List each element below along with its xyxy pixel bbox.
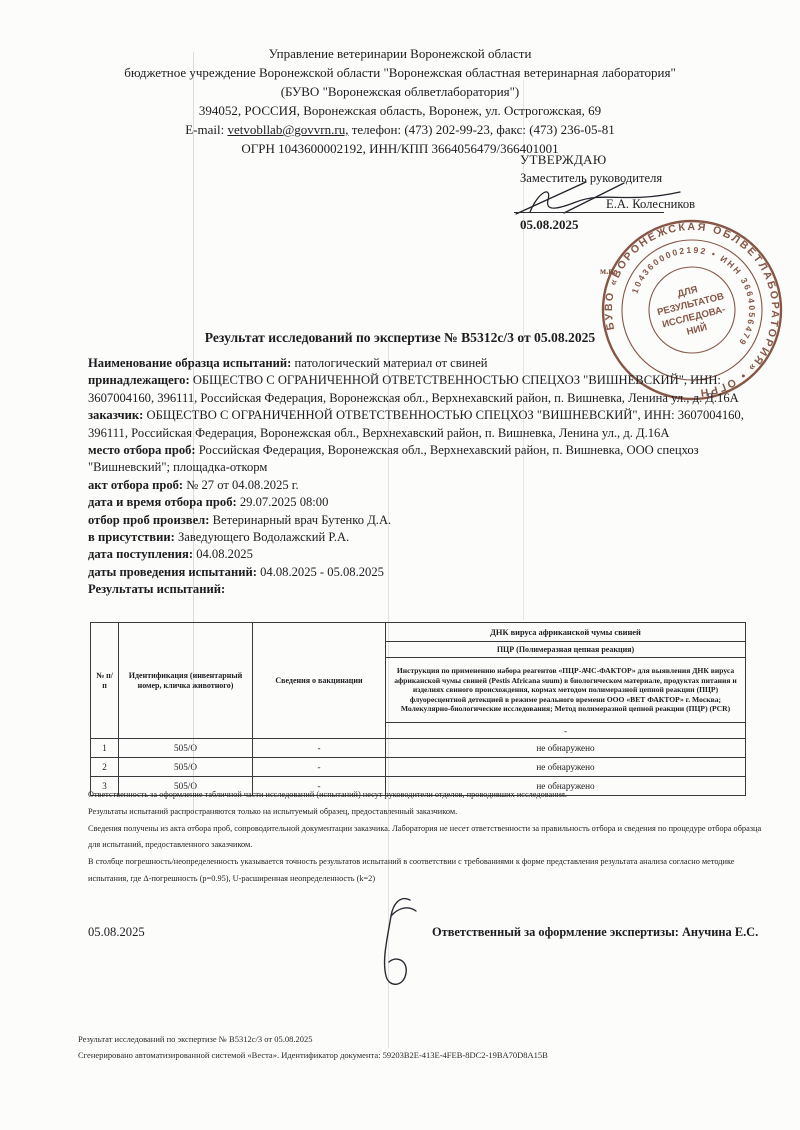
- table-header-num: № п/п: [91, 623, 119, 739]
- results-label: Результаты испытаний:: [88, 581, 766, 598]
- field-row: дата поступления: 04.08.2025: [88, 546, 766, 563]
- field-row: отбор проб произвел: Ветеринарный врач Б…: [88, 512, 766, 529]
- org-header-address: 394052, РОССИЯ, Воронежская область, Вор…: [38, 101, 762, 120]
- note-line: В столбце погрешность/неопределенность у…: [88, 854, 766, 888]
- field-row: Наименование образца испытаний: патологи…: [88, 355, 766, 372]
- field-row: даты проведения испытаний: 04.08.2025 - …: [88, 564, 766, 581]
- responsible-label: Ответственный за оформление экспертизы: …: [432, 925, 758, 940]
- approval-date: 05.08.2025: [520, 217, 579, 233]
- field-value: патологический материал от свиней: [294, 356, 487, 370]
- org-header-line-3: (БУВО "Воронежская облветлаборатория"): [38, 82, 762, 101]
- signature-line: [514, 212, 664, 213]
- signoff-date: 05.08.2025: [88, 925, 145, 940]
- field-value: Ветеринарный врач Бутенко Д.А.: [213, 513, 392, 527]
- field-value: № 27 от 04.08.2025 г.: [186, 478, 298, 492]
- approver-name: Е.А. Колесников: [606, 197, 695, 212]
- field-label: место отбора проб:: [88, 443, 196, 457]
- field-row: принадлежащего: ОБЩЕСТВО С ОГРАНИЧЕННОЙ …: [88, 372, 766, 407]
- field-label: дата и время отбора проб:: [88, 495, 237, 509]
- table-header-method: Инструкция по применению набора реагенто…: [386, 658, 746, 723]
- table-header-vaccination: Сведения о вакцинации: [253, 623, 386, 739]
- table-row: 2 505/О - не обнаружено: [91, 758, 746, 777]
- table-row: 1 505/О - не обнаружено: [91, 739, 746, 758]
- row-id: 505/О: [119, 739, 253, 758]
- field-label: заказчик:: [88, 408, 143, 422]
- field-label: принадлежащего:: [88, 373, 190, 387]
- row-vaccination: -: [253, 758, 386, 777]
- field-row: дата и время отбора проб: 29.07.2025 08:…: [88, 494, 766, 511]
- results-table: № п/п Идентификация (инвентарный номер, …: [90, 622, 746, 796]
- report-title: Результат исследований по экспертизе № В…: [50, 330, 750, 346]
- note-line: Ответственность за оформление табличной …: [88, 787, 766, 804]
- row-vaccination: -: [253, 739, 386, 758]
- field-value: Заведующего Водолажский Р.А.: [178, 530, 349, 544]
- org-header: Управление ветеринарии Воронежской облас…: [38, 44, 762, 158]
- footer-expertise-line: Результат исследований по экспертизе № В…: [78, 1031, 738, 1047]
- field-value: 29.07.2025 08:00: [240, 495, 329, 509]
- org-header-line-2: бюджетное учреждение Воронежской области…: [38, 63, 762, 82]
- field-label: акт отбора проб:: [88, 478, 183, 492]
- table-header-uncertainty: -: [386, 723, 746, 739]
- row-num: 2: [91, 758, 119, 777]
- field-row: место отбора проб: Российская Федерация,…: [88, 442, 766, 477]
- field-value: ОБЩЕСТВО С ОГРАНИЧЕННОЙ ОТВЕТСТВЕННОСТЬЮ…: [88, 408, 744, 439]
- table-header-id: Идентификация (инвентарный номер, кличка…: [119, 623, 253, 739]
- field-label: отбор проб произвел:: [88, 513, 209, 527]
- row-result: не обнаружено: [386, 739, 746, 758]
- email-link: vetvobllab@govvrn.ru,: [227, 122, 348, 137]
- phone-fax: телефон: (473) 202-99-23, факс: (473) 23…: [352, 122, 615, 137]
- row-id: 505/О: [119, 758, 253, 777]
- org-header-ogrn: ОГРН 1043600002192, ИНН/КПП 3664056479/3…: [38, 139, 762, 158]
- field-row: в присутствии: Заведующего Водолажский Р…: [88, 529, 766, 546]
- page-footer: Результат исследований по экспертизе № В…: [78, 1031, 738, 1063]
- field-label: Наименование образца испытаний:: [88, 356, 291, 370]
- org-header-line-1: Управление ветеринарии Воронежской облас…: [38, 44, 762, 63]
- table-header-pcr: ПЦР (Полимеразная цепная реакция): [386, 642, 746, 658]
- email-label: E-mail:: [185, 122, 224, 137]
- approval-title: УТВЕРЖДАЮ: [520, 152, 607, 168]
- note-line: Результаты испытаний распространяются то…: [88, 804, 766, 821]
- sample-fields: Наименование образца испытаний: патологи…: [88, 355, 766, 599]
- field-value: 04.08.2025: [196, 547, 253, 561]
- clerk-signature: [348, 892, 458, 1002]
- disclaimer-notes: Ответственность за оформление табличной …: [88, 787, 766, 888]
- field-label: даты проведения испытаний:: [88, 565, 257, 579]
- table-header-analyte: ДНК вируса африканской чумы свиней: [386, 623, 746, 642]
- note-line: Сведения получены из акта отбора проб, с…: [88, 821, 766, 855]
- field-row: заказчик: ОБЩЕСТВО С ОГРАНИЧЕННОЙ ОТВЕТС…: [88, 407, 766, 442]
- field-row: акт отбора проб: № 27 от 04.08.2025 г.: [88, 477, 766, 494]
- row-num: 1: [91, 739, 119, 758]
- row-result: не обнаружено: [386, 758, 746, 777]
- field-label: дата поступления:: [88, 547, 193, 561]
- scanned-report-page: Управление ветеринарии Воронежской облас…: [0, 0, 800, 1130]
- field-label: в присутствии:: [88, 530, 175, 544]
- field-value: 04.08.2025 - 05.08.2025: [260, 565, 384, 579]
- footer-generated-line: Сгенерировано автоматизированной системо…: [78, 1047, 738, 1063]
- org-header-contacts: E-mail: vetvobllab@govvrn.ru, телефон: (…: [38, 120, 762, 139]
